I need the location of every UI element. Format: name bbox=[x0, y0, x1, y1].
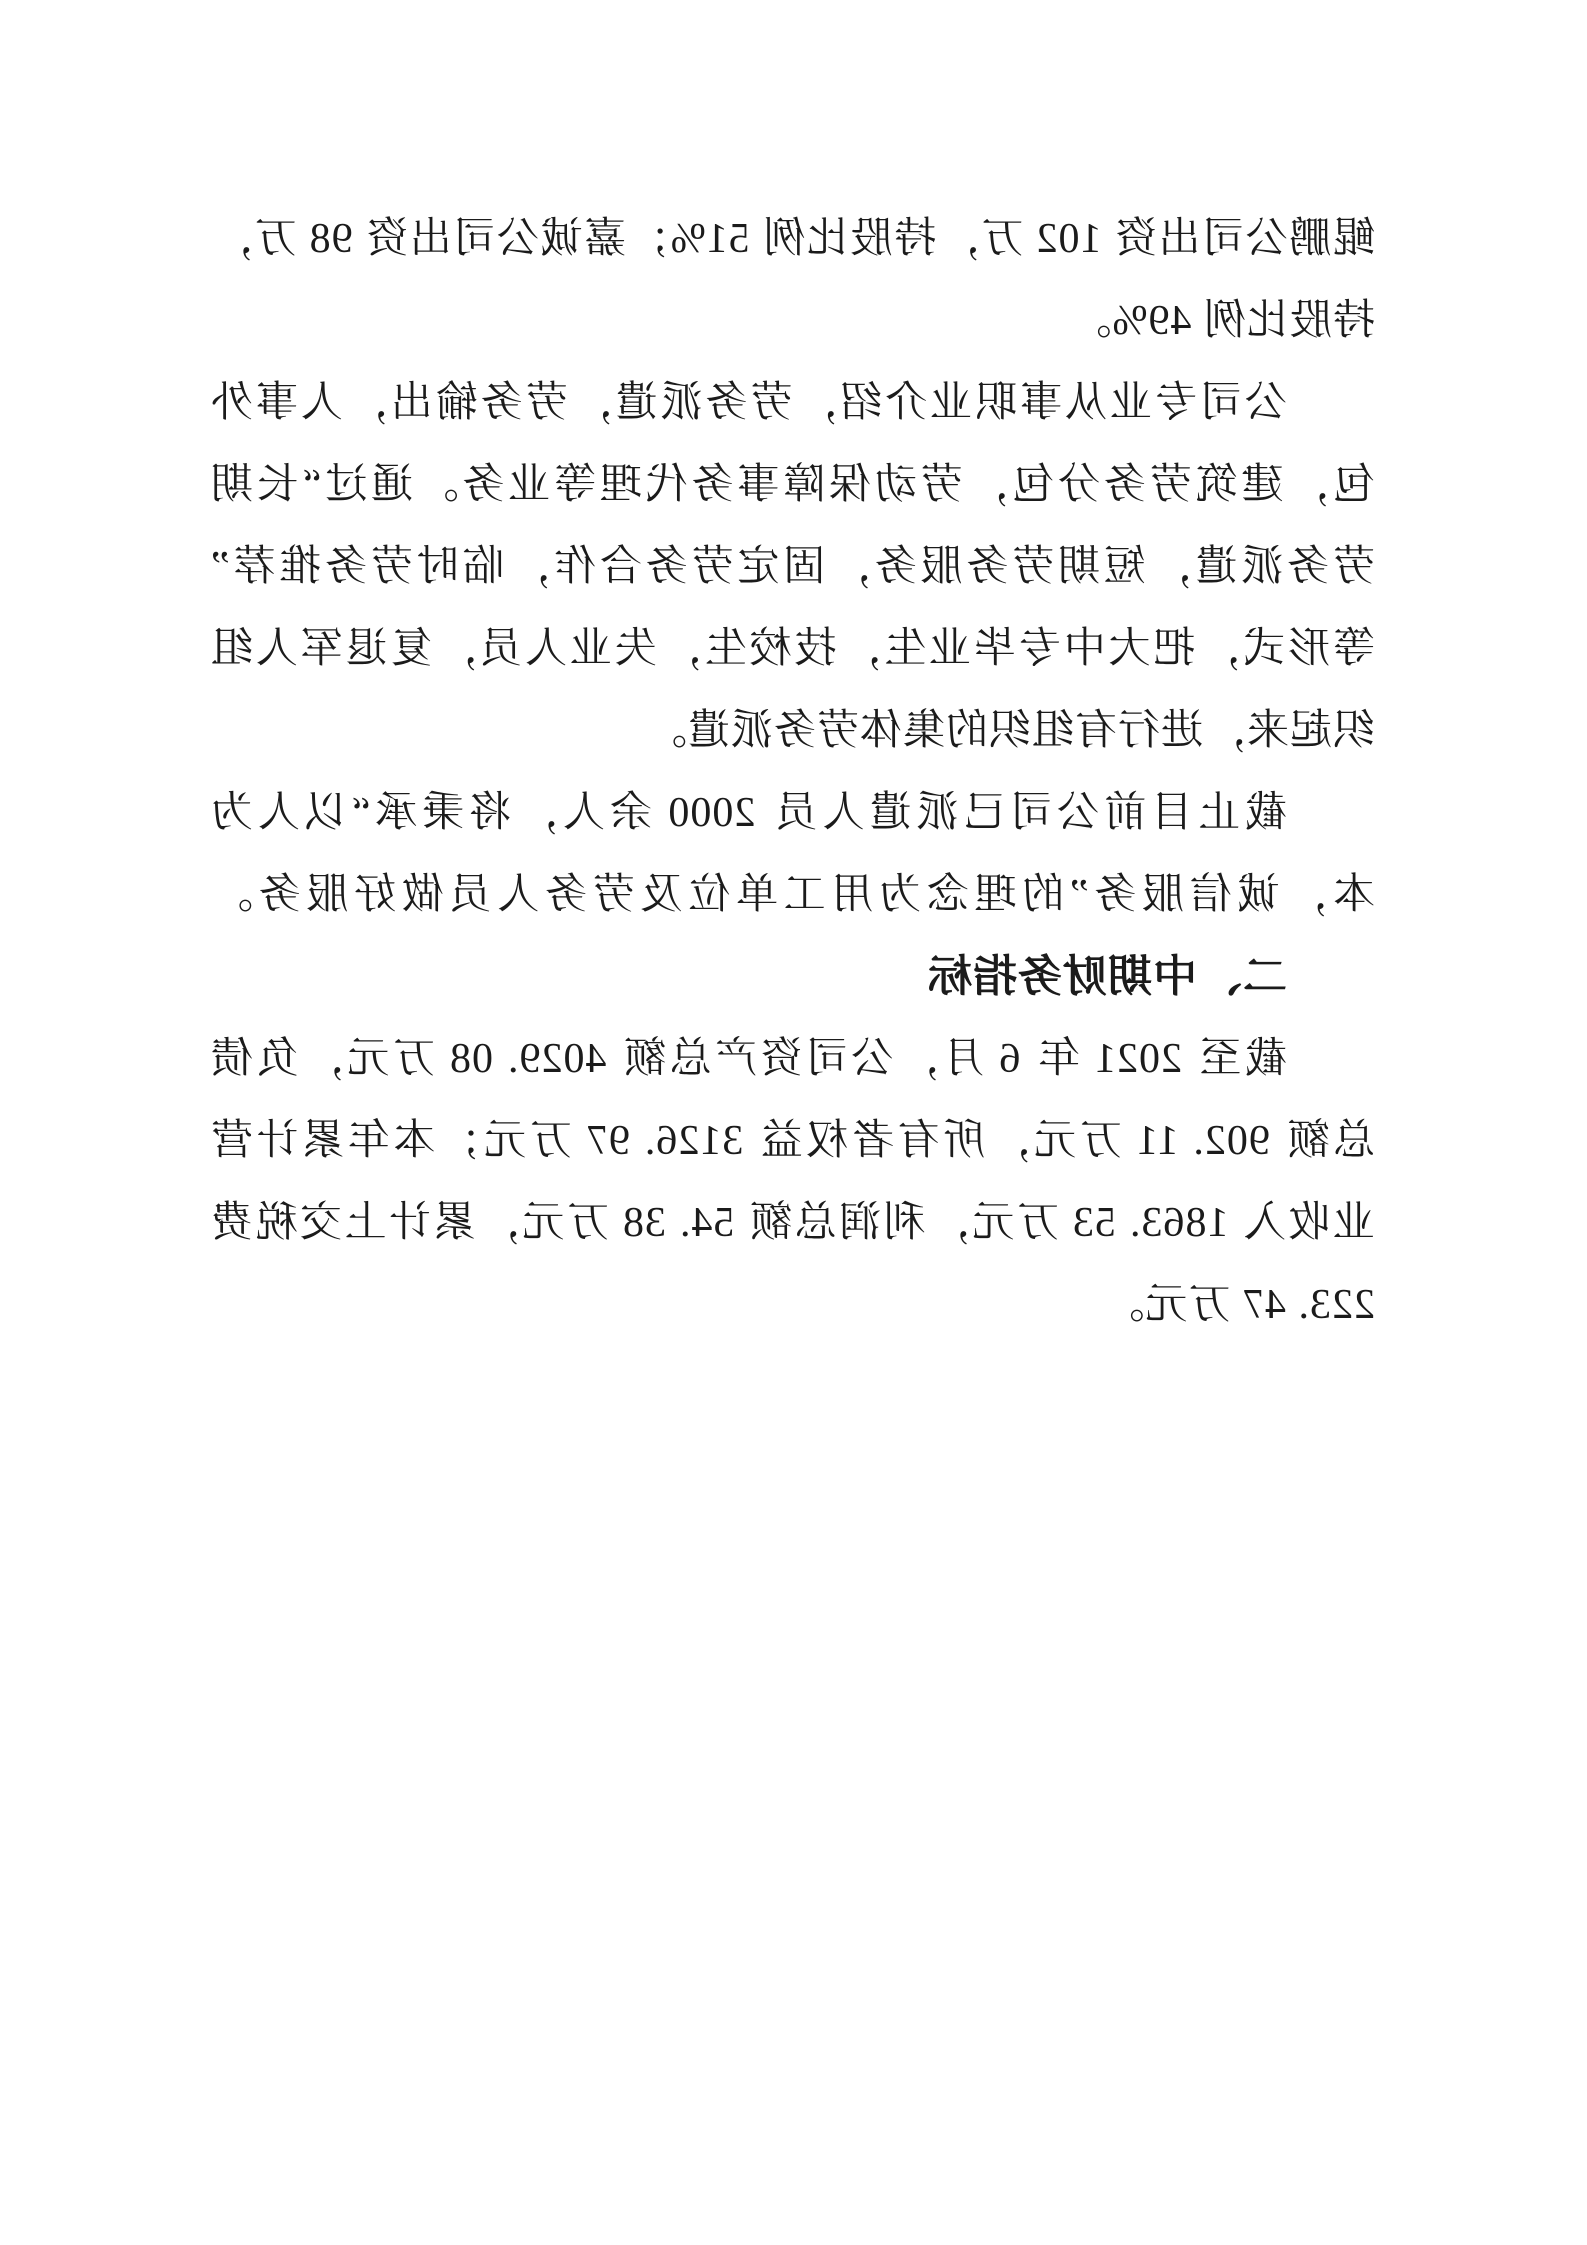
section-heading: 二、中期财务指标 bbox=[210, 936, 1375, 1018]
paragraph-line: 鲲鹏公司出资 102 万，持股比例 51%；嘉诚公司出资 98 万， bbox=[210, 198, 1375, 280]
paragraph-line: 本，诚信服务”的理念为用工单位及劳务人员做好服务。 bbox=[210, 854, 1375, 936]
paragraph-line: 业收入 1863. 53 万元，利润总额 54. 38 万元，累计上交税费 bbox=[210, 1182, 1375, 1264]
paragraph-line: 包，建筑劳务分包，劳动保障事务代理等业务。通过“长期 bbox=[210, 444, 1375, 526]
paragraph-line: 223. 47 万元。 bbox=[210, 1264, 1375, 1346]
paragraph-line: 总额 902. 11 万元，所有者权益 3126. 97 万元；本年累计营 bbox=[210, 1100, 1375, 1182]
paragraph-line: 劳务派遣，短期劳务服务，固定劳务合作，临时劳务推荐” bbox=[210, 526, 1375, 608]
document-page: 鲲鹏公司出资 102 万，持股比例 51%；嘉诚公司出资 98 万， 持股比例 … bbox=[0, 0, 1587, 2245]
paragraph-line: 公司专业从事职业介绍，劳务派遣，劳务输出，人事外 bbox=[210, 362, 1375, 444]
paragraph-line: 持股比例 49%。 bbox=[210, 280, 1375, 362]
page-content: 鲲鹏公司出资 102 万，持股比例 51%；嘉诚公司出资 98 万， 持股比例 … bbox=[210, 198, 1375, 1346]
paragraph-line: 截至 2021 年 6 月，公司资产总额 4029. 08 万元，负债 bbox=[210, 1018, 1375, 1100]
paragraph-line: 织起来，进行有组织的集体劳务派遣。 bbox=[210, 690, 1375, 772]
paragraph-line: 等形式，把大中专毕业生，技校生，失业人员，复退军人组 bbox=[210, 608, 1375, 690]
paragraph-line: 截止目前公司已派遣人员 2000 余人，将秉承“以人为 bbox=[210, 772, 1375, 854]
